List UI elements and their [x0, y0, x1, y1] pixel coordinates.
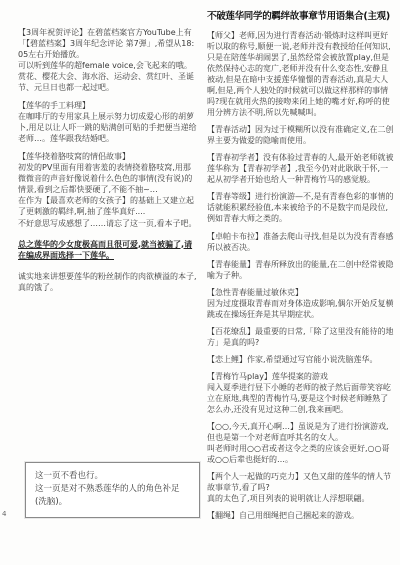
- left-paragraph-anniversary-comment: 【3周年祝贺评论】在碧蓝档案官方YouTube上有「【碧蓝档案】3周年纪念评论 …: [18, 27, 197, 93]
- glossary-entry-first-name-call: 【○○,今天,真开心啊…】虽说是为了进行扮演游戏,但也是第一个对老师直呼其名的女…: [207, 421, 395, 465]
- note-box-text: 这一页不看也行。 这一页是对不熟悉莲华的人的角色补足(洗脑)。: [35, 470, 190, 508]
- left-paragraph-handmade-cooking: 【莲华的手工料理】 在咖啡厅的专用家具上展示努力切成爱心形的胡萝卜,用足以让人吓…: [18, 100, 197, 144]
- left-paragraph-honest-wish: 诚实地来讲想要莲华的粉丝制作的肉欲横溢的本子,真的饿了。: [18, 271, 197, 293]
- glossary-entry-youth-level: 【青春等级】进行扮演游—不,是有青春色彩的事情的话就能积累经验值,本来被给予的不…: [207, 191, 395, 224]
- left-paragraph-pv-story: 【莲华挠着胳吱窝的情侣故事】 初发的PV里面有用着害羞的表情挠着胳吱窝,用那微微…: [18, 151, 197, 228]
- glossary-entry-youth-activity: 【青春活动】因为过于模糊所以没有准确定义,在二创界主要为做爱的隐喻而使用。: [207, 124, 395, 146]
- glossary-entry-writer: 【恋上鲤】作家,希望通过写官能小说洗脑莲华。: [207, 354, 395, 365]
- left-column: 【3周年祝贺评论】在碧蓝档案官方YouTube上有「【碧蓝档案】3周年纪念评论 …: [18, 27, 197, 300]
- page-number: 4: [2, 510, 6, 518]
- glossary-entry-childhood-friend-play: 【青梅竹马play】莲华提案的游戏 闯入夏季进行昼下小睡的老师的被子然后面带笑容…: [207, 371, 395, 415]
- right-column: 不破莲华同学的羁绊故事章节用语集合(主观) 【师父】老师,因为进行青春活动·锻炼…: [207, 8, 395, 527]
- glossary-entry-string-figure: 【翻绳】自己用细绳把自己捆起来的游戏。: [207, 510, 395, 521]
- glossary-entry-master: 【师父】老师,因为进行青春活动·锻炼时这样叫更好听以取的称号,顺便一说,老师并没…: [207, 30, 395, 118]
- doujin-text-page: 【3周年祝贺评论】在碧蓝档案官方YouTube上有「【碧蓝档案】3周年纪念评论 …: [0, 0, 400, 565]
- left-paragraph-recommendation-underlined: 总之莲华的少女度极高而且很可爱,就当被骗了,请在编成界面选择一下莲华。: [18, 239, 197, 261]
- glossary-entry-youth-energy: 【青春能量】青春所释放出的能量,在二创中经常被隐喻为子种。: [207, 259, 395, 281]
- glossary-entry-valentine-chocolate: 【两个人一起做的巧克力】又色又甜的莲华的情人节故事章节,看了吗? 真的太色了,项…: [207, 471, 395, 504]
- bottom-note-box: 这一页不看也行。 这一页是对不熟悉莲华的人的角色补足(洗脑)。: [25, 462, 200, 518]
- glossary-entry-chupacabra: 【卓帕卡布拉】准备去爬山寻找,但是以为没有青春感所以被否决。: [207, 231, 395, 253]
- glossary-title: 不破莲华同学的羁绊故事章节用语集合(主观): [207, 8, 395, 22]
- glossary-entry-hyakkaryouran: 【百花缭乱】最重要的日常,「除了这里没有能待的地方」是真的吗?: [207, 326, 395, 348]
- glossary-entry-youth-beginner: 【青春初学者】没有体验过青春的人,最开始老师就被莲华称为【青春初学者】,我至今仍…: [207, 152, 395, 185]
- glossary-entry-youth-shock: 【急性青春能量过敏休克】 因为过度摄取青春而对身体造成影响,偶尔开始反复横跳或在…: [207, 287, 395, 320]
